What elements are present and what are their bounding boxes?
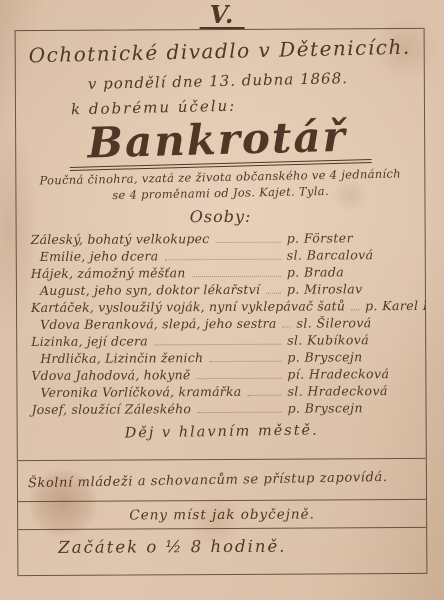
- start-time-line: Začátek o ½ 8 hodině.: [58, 537, 286, 557]
- series-number: V.: [200, 3, 245, 29]
- cast-role: Hrdlička, Lizinčin ženich: [31, 349, 203, 367]
- cast-row: Záleský, bohatý velkokupecp. Förster: [31, 229, 415, 248]
- cast-actor: sl. Hradecková: [287, 382, 415, 400]
- cast-actor: p. Brada: [287, 263, 415, 281]
- cast-row: Lizinka, její dcerasl. Kubíková: [31, 331, 415, 350]
- performance-date-line: v pondělí dne 13. dubna 1868.: [16, 67, 424, 94]
- dotted-leader: [351, 309, 359, 310]
- cast-actor: p. Miroslav: [287, 280, 415, 298]
- play-title-wrap: Bankrotář: [16, 114, 425, 173]
- cast-actor: sl. Šilerová: [296, 314, 424, 332]
- notice-section: Školní mládeži a schovancům se přístup z…: [18, 458, 426, 501]
- cast-actor: p. Karel Fürst: [365, 297, 426, 315]
- cast-role: August, jeho syn, doktor lékařství: [31, 281, 260, 299]
- dotted-leader: [197, 378, 282, 379]
- cast-row: Veronika Vorlíčková, kramářkasl. Hradeck…: [31, 382, 415, 401]
- cast-actor: sl. Barcalová: [287, 246, 415, 264]
- cast-actor: p. Bryscejn: [287, 348, 415, 366]
- playbill-border-frame: Ochotnické divadlo v Dětenicích. v pondě…: [15, 28, 428, 576]
- cast-actor: p. Bryscejn: [288, 399, 416, 417]
- cast-actor: p. Förster: [287, 229, 415, 247]
- cast-role: Vdova Beranková, slepá, jeho sestra: [31, 315, 276, 333]
- cast-role: Záleský, bohatý velkokupec: [31, 230, 210, 248]
- prices-section: Ceny míst jak obyčejně.: [18, 499, 426, 529]
- notice-line: Školní mládeži a schovancům se přístup z…: [28, 469, 388, 490]
- setting-line: Děj v hlavním městě.: [18, 421, 426, 443]
- cast-heading: Osoby:: [17, 206, 425, 227]
- cast-row: Hájek, zámožný měšťanp. Brada: [31, 263, 415, 282]
- cast-row: Kartáček, vysloužilý voják, nyní vyklepá…: [31, 297, 415, 316]
- playbill-main-area: Ochotnické divadlo v Dětenicích. v pondě…: [16, 29, 426, 460]
- dotted-leader: [164, 259, 280, 261]
- play-title: Bankrotář: [69, 115, 371, 171]
- play-subtitle: Poučná činohra, vzatá ze života občanské…: [16, 166, 425, 205]
- cast-row: August, jeho syn, doktor lékařstvíp. Mir…: [31, 280, 415, 299]
- cast-role: Emilie, jeho dcera: [31, 247, 159, 265]
- cast-actor: pí. Hradecková: [287, 365, 415, 383]
- theatre-name-line: Ochotnické divadlo v Dětenicích.: [16, 34, 424, 67]
- dotted-leader: [266, 293, 281, 294]
- dotted-leader: [247, 395, 281, 396]
- dotted-leader: [192, 276, 281, 277]
- prices-line: Ceny míst jak obyčejně.: [129, 506, 315, 523]
- cast-role: Josef, sloužící Záleského: [32, 400, 192, 418]
- cast-role: Lizinka, její dcera: [31, 332, 148, 350]
- cast-row: Josef, sloužící Záleskéhop. Bryscejn: [32, 399, 416, 418]
- dotted-leader: [283, 327, 291, 328]
- cast-role: Vdova Jahodová, hokyně: [31, 366, 190, 384]
- cast-list: Záleský, bohatý velkokupecp. FörsterEmil…: [31, 229, 416, 418]
- cast-role: Veronika Vorlíčková, kramářka: [31, 383, 241, 401]
- start-time-section: Začátek o ½ 8 hodině.: [18, 527, 426, 575]
- cast-row: Emilie, jeho dcerasl. Barcalová: [31, 246, 415, 265]
- cast-row: Vdova Jahodová, hokyněpí. Hradecková: [31, 365, 415, 384]
- cast-role: Kartáček, vysloužilý voják, nyní vyklepá…: [31, 297, 345, 316]
- cast-row: Vdova Beranková, slepá, jeho sestrasl. Š…: [31, 314, 415, 333]
- cast-row: Hrdlička, Lizinčin ženichp. Bryscejn: [31, 348, 415, 367]
- dotted-leader: [209, 361, 281, 362]
- dotted-leader: [215, 242, 280, 243]
- cast-role: Hájek, zámožný měšťan: [31, 264, 186, 282]
- cast-actor: sl. Kubíková: [287, 331, 415, 349]
- dotted-leader: [197, 412, 281, 413]
- dotted-leader: [154, 344, 281, 346]
